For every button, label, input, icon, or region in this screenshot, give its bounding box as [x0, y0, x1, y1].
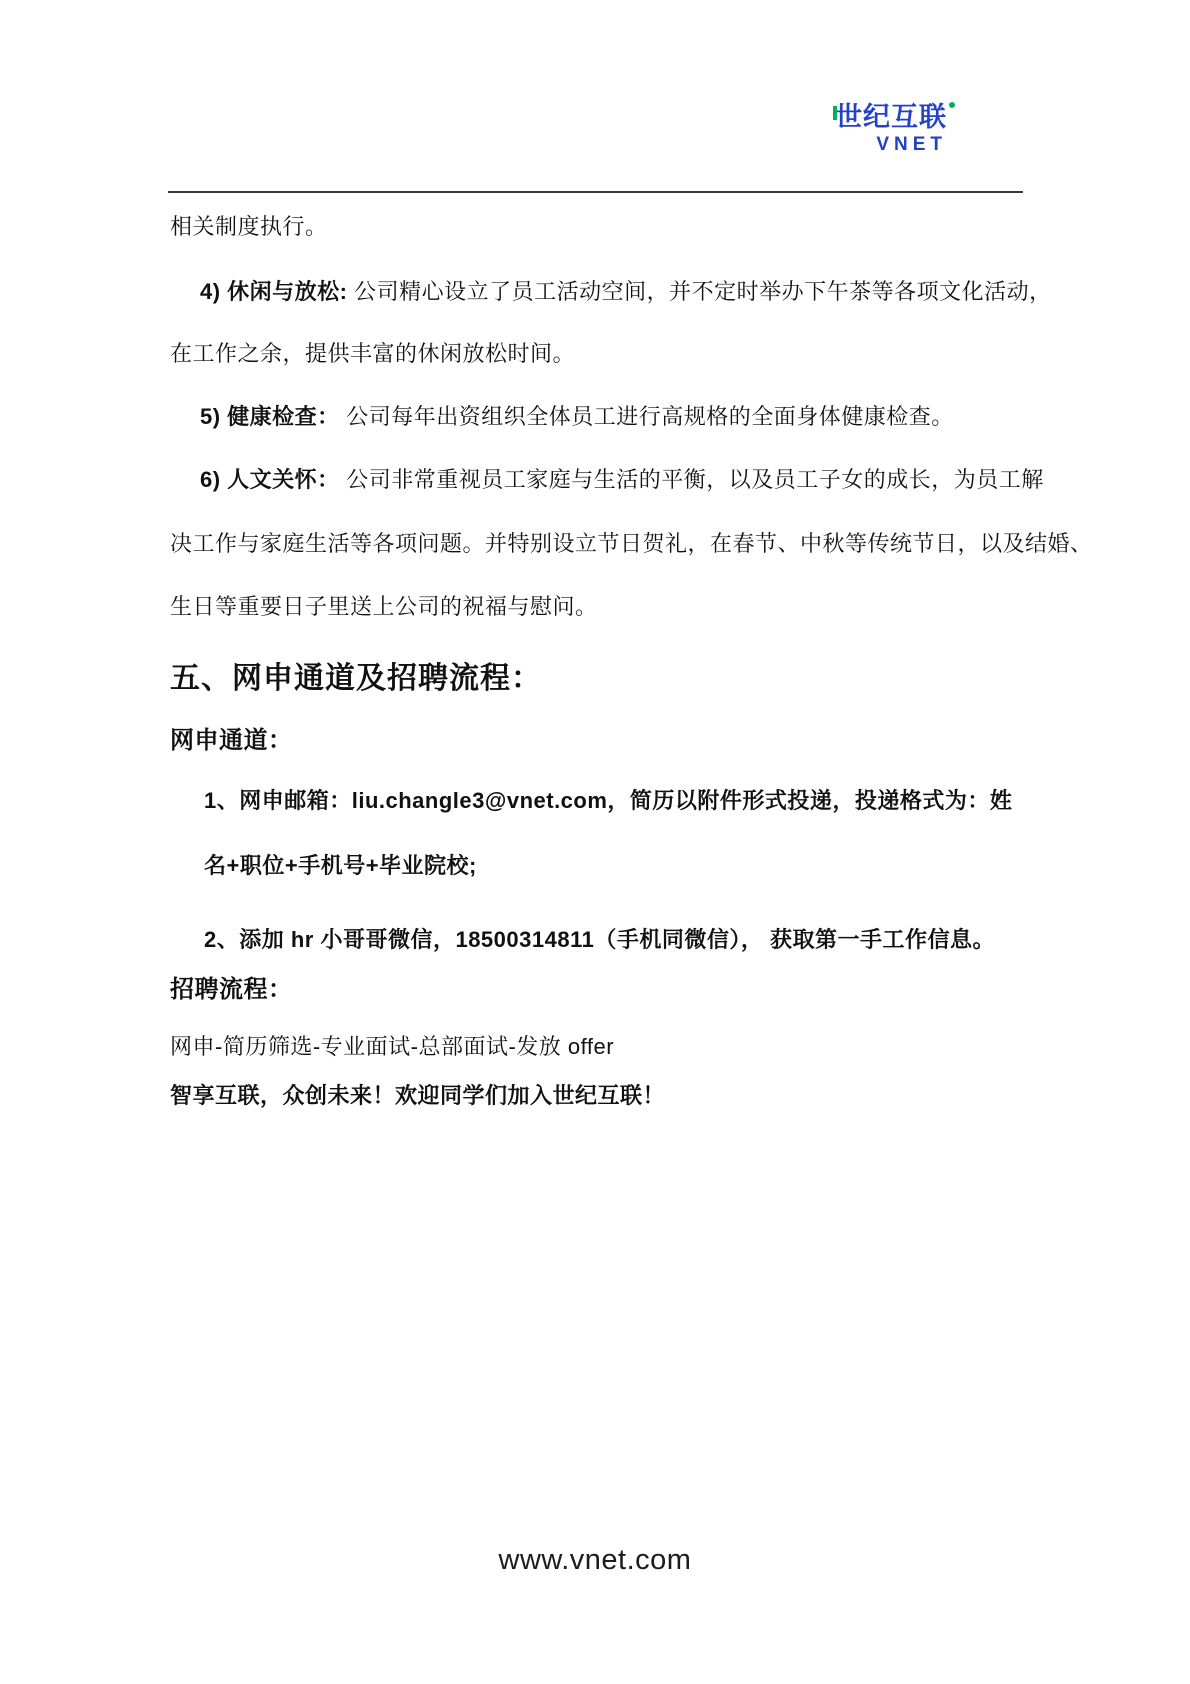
benefit-item-6-label: 6) 人文关怀：	[200, 467, 340, 492]
logo-green-dot	[949, 102, 955, 108]
section-heading: 五、网申通道及招聘流程：	[170, 660, 542, 698]
closing-slogan: 智享互联，众创未来！欢迎同学们加入世纪互联！	[170, 1082, 665, 1110]
company-logo: 世纪互联 VNET	[835, 104, 947, 154]
logo-cn-text: 世纪互联	[835, 104, 947, 131]
benefit-item-6-continuation-1: 决工作与家庭生活等各项问题。并特别设立节日贺礼，在春节、中秋等传统节日，以及结婚…	[170, 530, 1093, 558]
subheading-apply-channel: 网申通道：	[170, 726, 293, 756]
benefit-item-4: 4) 休闲与放松: 公司精心设立了员工活动空间，并不定时举办下午茶等各项文化活动…	[200, 278, 1052, 306]
footer-website-url: www.vnet.com	[0, 1544, 1190, 1577]
logo-en-text: VNET	[835, 135, 947, 154]
benefit-item-5-text: 公司每年出资组织全体员工进行高规格的全面身体健康检查。	[340, 404, 954, 429]
benefit-item-6: 6) 人文关怀： 公司非常重视员工家庭与生活的平衡，以及员工子女的成长，为员工解	[200, 466, 1044, 494]
apply-item-1-line-2: 名+职位+手机号+毕业院校;	[204, 852, 477, 880]
logo-cn-label: 世纪互联	[835, 102, 947, 132]
paragraph-continuation: 相关制度执行。	[170, 213, 328, 241]
benefit-item-4-continuation: 在工作之余，提供丰富的休闲放松时间。	[170, 340, 575, 368]
benefit-item-4-label: 4) 休闲与放松:	[200, 279, 348, 304]
subheading-recruit-process: 招聘流程：	[170, 975, 293, 1005]
header-rule	[168, 191, 1023, 193]
apply-item-1-line-1: 1、网申邮箱：liu.changle3@vnet.com，简历以附件形式投递，投…	[204, 787, 1012, 815]
document-page: 世纪互联 VNET 相关制度执行。 4) 休闲与放松: 公司精心设立了员工活动空…	[0, 0, 1190, 1684]
benefit-item-5-label: 5) 健康检查：	[200, 404, 340, 429]
apply-item-2: 2、添加 hr 小哥哥微信，18500314811（手机同微信）， 获取第一手工…	[204, 926, 995, 954]
benefit-item-4-text: 公司精心设立了员工活动空间，并不定时举办下午茶等各项文化活动，	[348, 279, 1052, 304]
benefit-item-5: 5) 健康检查： 公司每年出资组织全体员工进行高规格的全面身体健康检查。	[200, 403, 954, 431]
process-flow-text: 网申-简历筛选-专业面试-总部面试-发放 offer	[170, 1033, 614, 1061]
logo-green-accent	[833, 106, 837, 120]
benefit-item-6-text: 公司非常重视员工家庭与生活的平衡，以及员工子女的成长，为员工解	[340, 467, 1044, 492]
benefit-item-6-continuation-2: 生日等重要日子里送上公司的祝福与慰问。	[170, 593, 598, 621]
